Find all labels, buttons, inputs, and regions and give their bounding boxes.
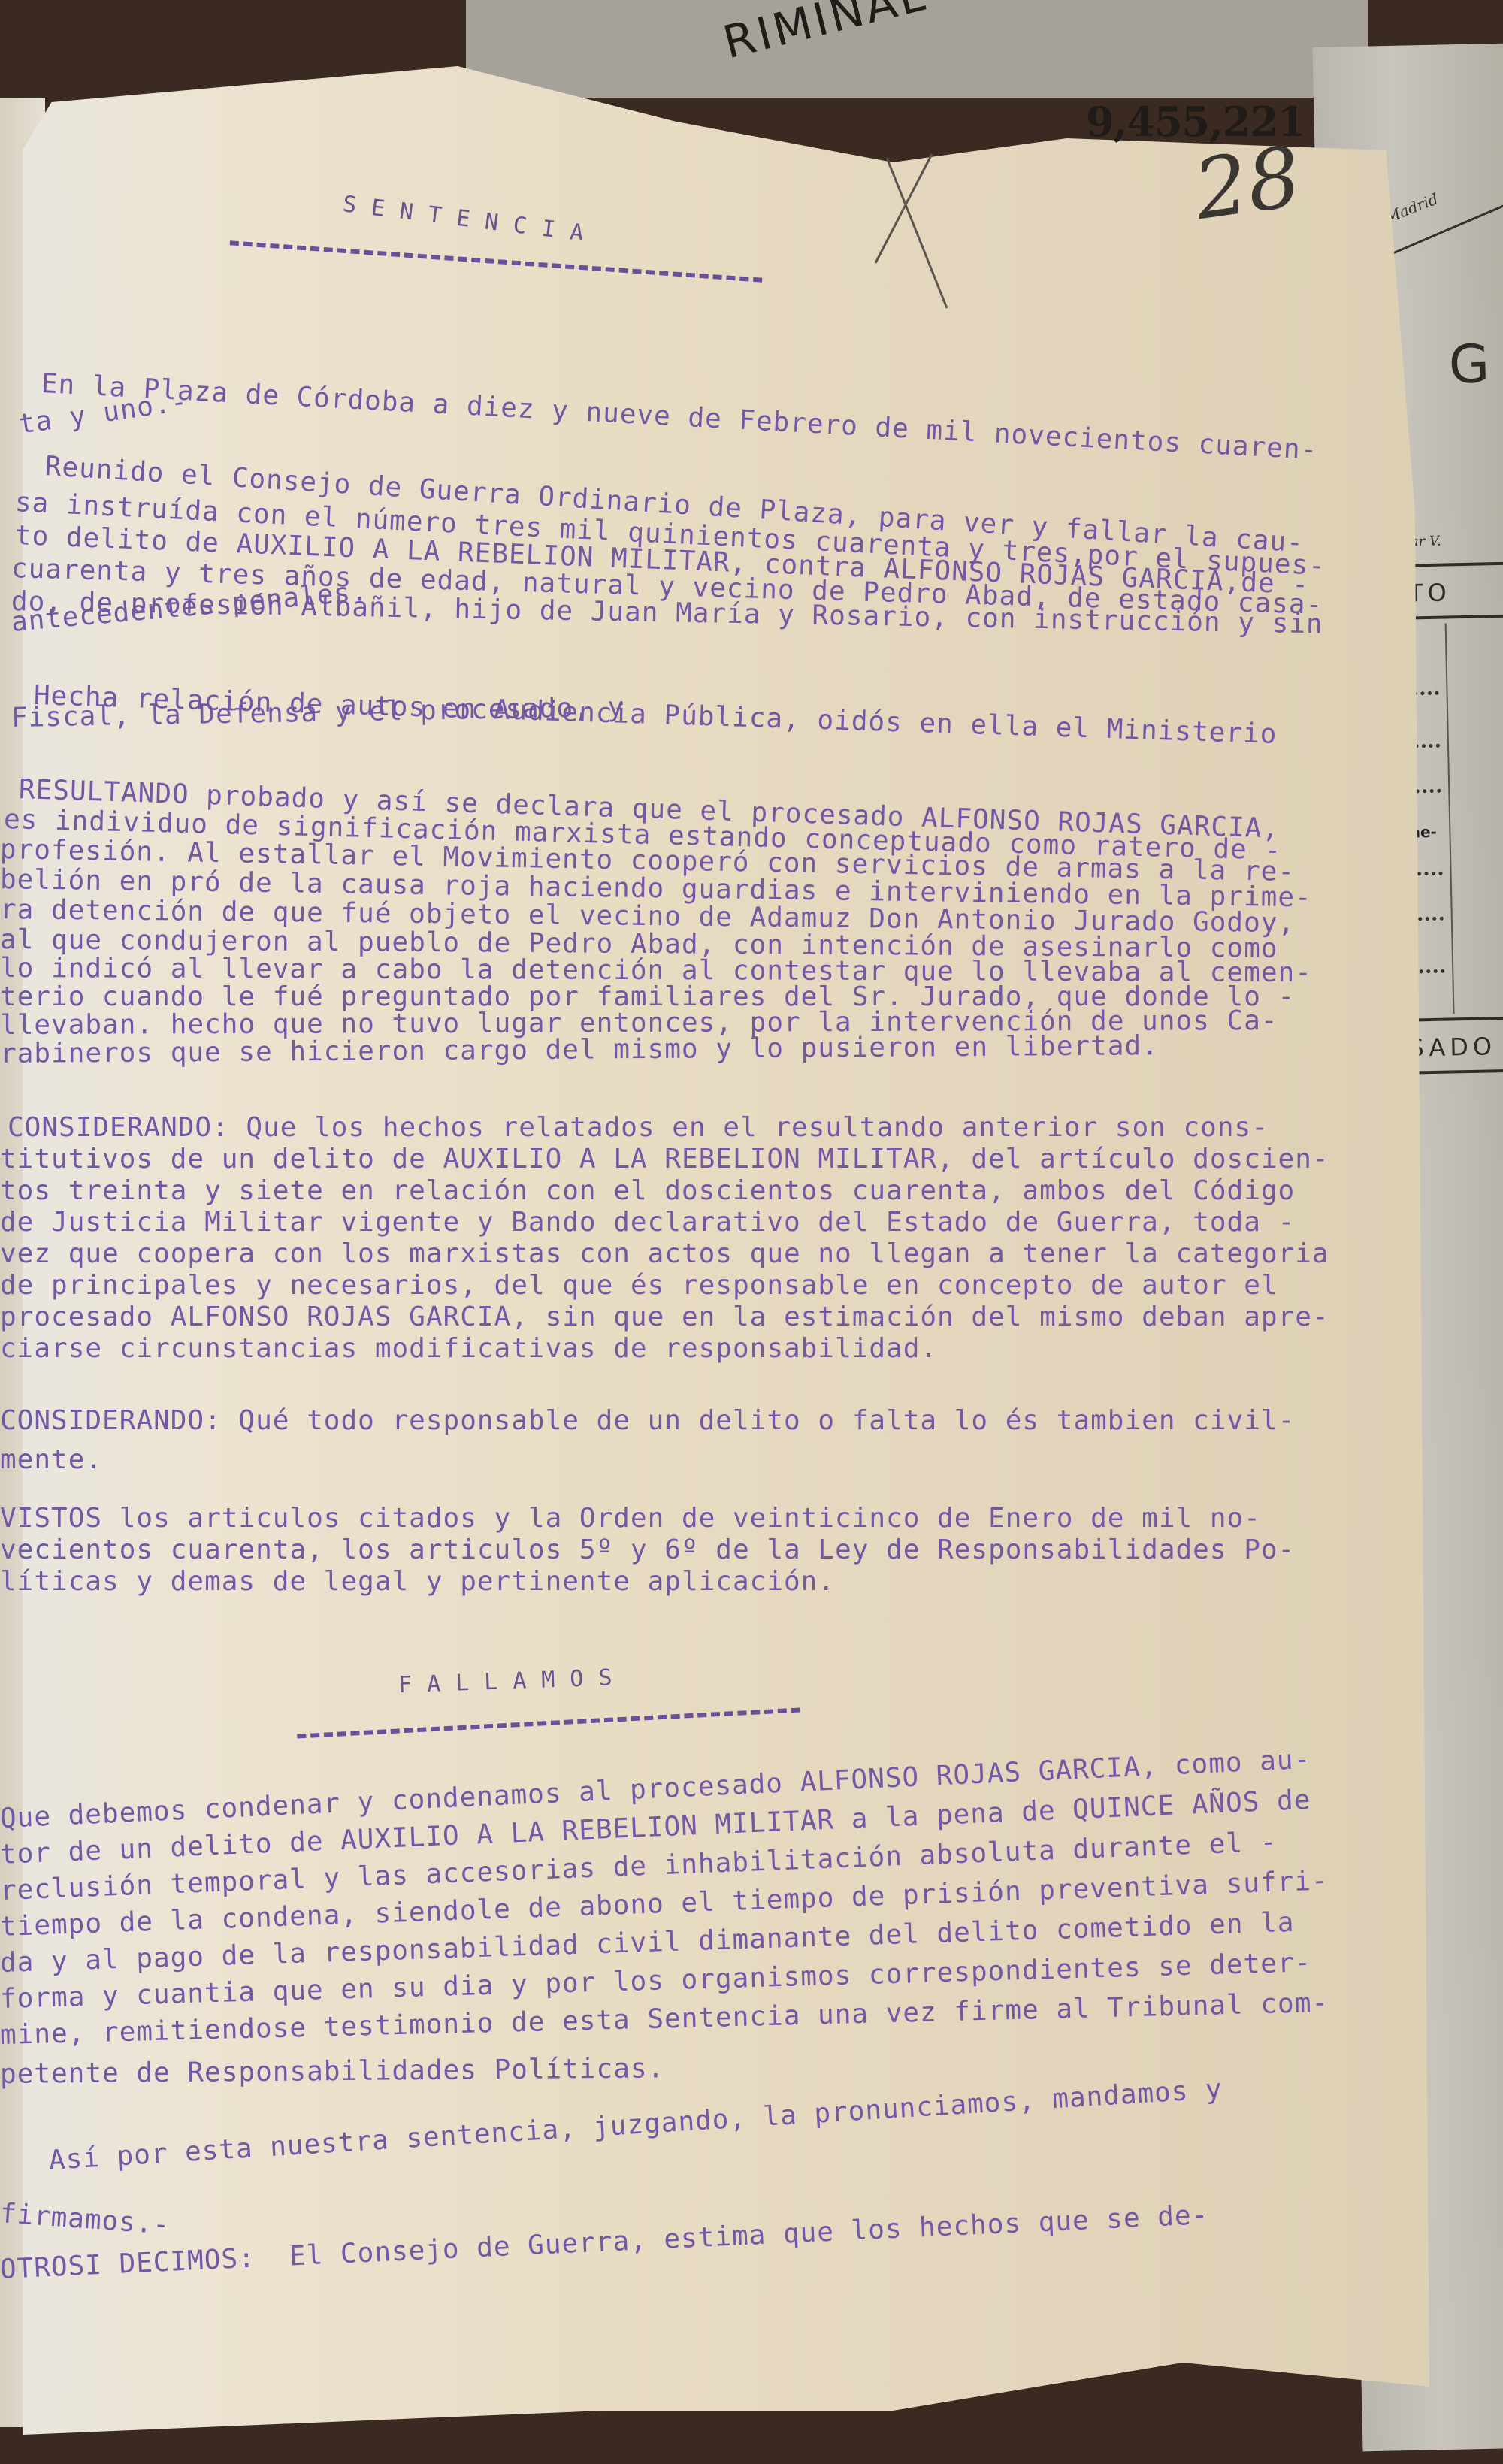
considerando2-line-1: CONSIDERANDO: Qué todo responsable de un… xyxy=(0,1405,1295,1436)
considerando1-line-2: titutivos de un delito de AUXILIO A LA R… xyxy=(0,1144,1329,1175)
considerando2-line-2: mente. xyxy=(0,1444,102,1475)
vistos-line-1: VISTOS los articulos citados y la Orden … xyxy=(0,1503,1261,1534)
vistos-line-2: vecientos cuarenta, los articulos 5º y 6… xyxy=(0,1534,1295,1565)
considerando1-line-4: de Justicia Militar vigente y Bando decl… xyxy=(0,1207,1295,1238)
vistos-line-3: líticas y demas de legal y pertinente ap… xyxy=(0,1566,835,1597)
form-box-label: SADO xyxy=(1408,1032,1496,1062)
considerando1-line-5: vez que coopera con los marxistas con ac… xyxy=(0,1238,1329,1269)
considerando1-line-6: de principales y necesarios, del que és … xyxy=(0,1270,1278,1301)
handwritten-page-number: 28 xyxy=(1189,128,1306,238)
handwritten-x-mark-icon xyxy=(864,150,954,316)
considerando1-line-3: tos treinta y siete en relación con el d… xyxy=(0,1175,1295,1206)
considerando1-line-8: ciarse circunstancias modificativas de r… xyxy=(0,1333,937,1364)
considerando1-line-1: CONSIDERANDO: Que los hechos relatados e… xyxy=(8,1112,1269,1143)
fallamos-line-8: petente de Responsabilidades Políticas. xyxy=(0,2053,664,2090)
underlying-folder-top: RIMINAL xyxy=(466,0,1368,98)
folder-label-criminal: RIMINAL xyxy=(718,0,933,69)
form-column-line xyxy=(1445,624,1455,1014)
considerando1-line-7: procesado ALFONSO ROJAS GARCIA, sin que … xyxy=(0,1302,1329,1332)
